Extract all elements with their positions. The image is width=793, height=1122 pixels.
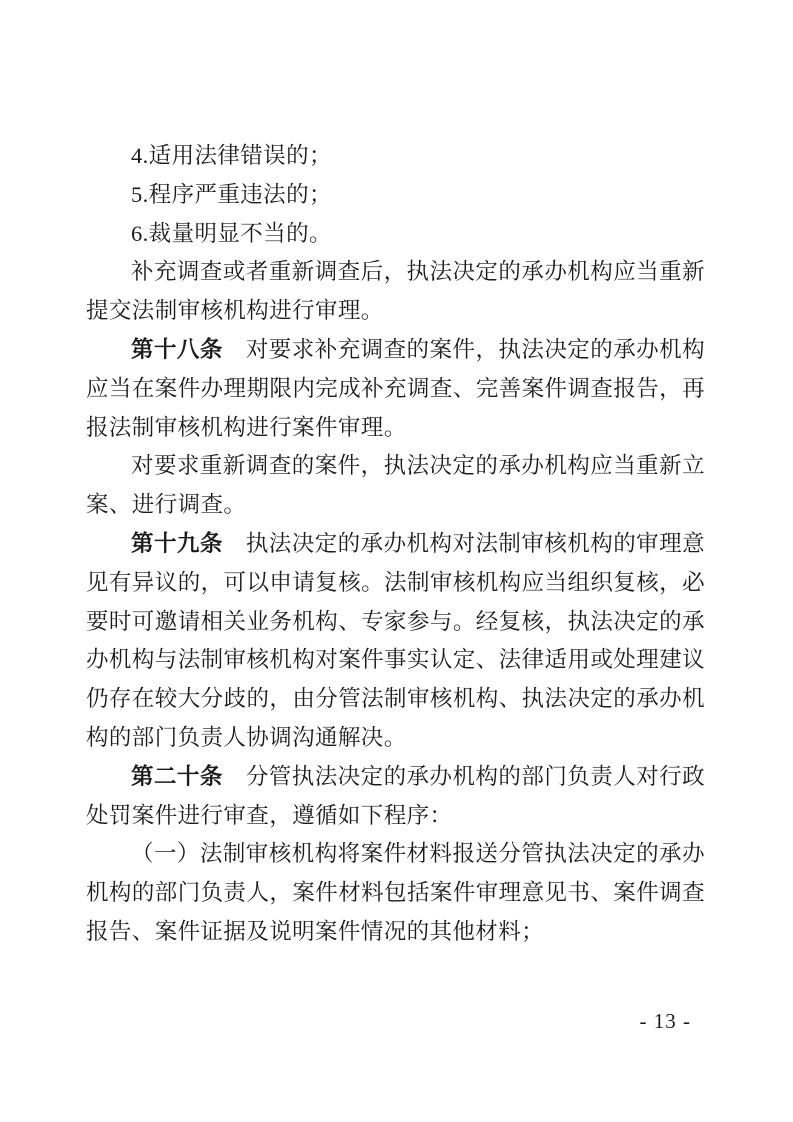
paragraph: 6.裁量明显不当的。 — [86, 215, 705, 254]
paragraph: 5.程序严重违法的； — [86, 176, 705, 215]
paragraph-text: （一）法制审核机构将案件材料报送分管执法决定的承办机构的部门负责人，案件材料包括… — [86, 841, 705, 944]
paragraph-text: 6.裁量明显不当的。 — [131, 221, 332, 246]
paragraph-text: 4.适用法律错误的； — [131, 143, 332, 168]
article-number: 第十八条 — [131, 337, 223, 362]
paragraph: 4.适用法律错误的； — [86, 137, 705, 176]
paragraph-text: 执法决定的承办机构对法制审核机构的审理意见有异议的，可以申请复核。法制审核机构应… — [86, 531, 705, 750]
paragraph: 补充调查或者重新调查后，执法决定的承办机构应当重新提交法制审核机构进行审理。 — [86, 253, 705, 331]
paragraph: （一）法制审核机构将案件材料报送分管执法决定的承办机构的部门负责人，案件材料包括… — [86, 835, 705, 951]
document-body: 4.适用法律错误的；5.程序严重违法的；6.裁量明显不当的。补充调查或者重新调查… — [86, 137, 705, 952]
document-page: 4.适用法律错误的；5.程序严重违法的；6.裁量明显不当的。补充调查或者重新调查… — [0, 0, 793, 1122]
paragraph-text: 5.程序严重违法的； — [131, 182, 332, 207]
paragraph-text: 补充调查或者重新调查后，执法决定的承办机构应当重新提交法制审核机构进行审理。 — [86, 259, 705, 323]
paragraph: 第十九条 执法决定的承办机构对法制审核机构的审理意见有异议的，可以申请复核。法制… — [86, 525, 705, 758]
paragraph: 第二十条 分管执法决定的承办机构的部门负责人对行政处罚案件进行审查，遵循如下程序… — [86, 758, 705, 836]
article-number: 第二十条 — [131, 764, 223, 789]
article-number: 第十九条 — [131, 531, 223, 556]
paragraph: 第十八条 对要求补充调查的案件，执法决定的承办机构应当在案件办理期限内完成补充调… — [86, 331, 705, 447]
page-number: - 13 - — [640, 1008, 692, 1034]
paragraph: 对要求重新调查的案件，执法决定的承办机构应当重新立案、进行调查。 — [86, 447, 705, 525]
paragraph-text: 对要求重新调查的案件，执法决定的承办机构应当重新立案、进行调查。 — [86, 453, 705, 517]
